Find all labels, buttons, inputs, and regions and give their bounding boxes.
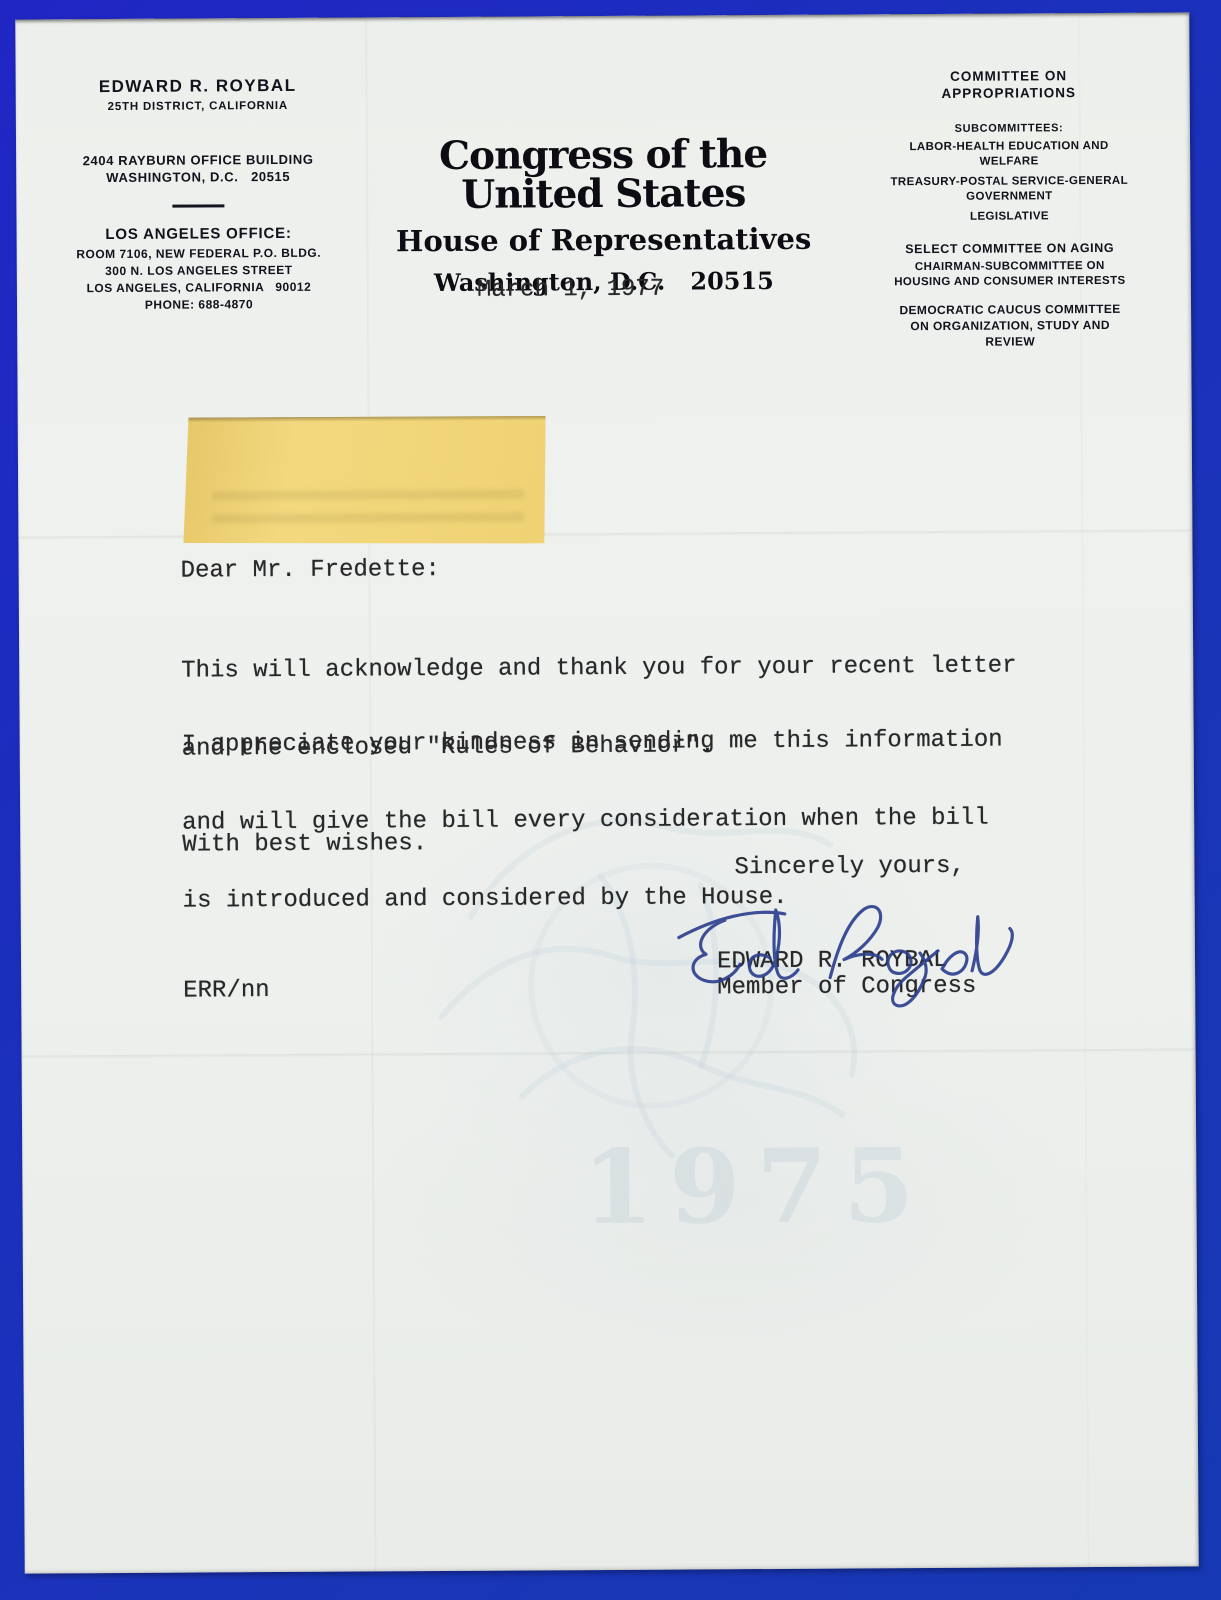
caucus-committee-name: DEMOCRATIC CAUCUS COMMITTEE ON ORGANIZAT… (885, 302, 1135, 350)
scanner-background: 1975 EDWARD R. ROYBAL 25TH DISTRICT, CAL… (0, 0, 1221, 1600)
redaction-tape (183, 415, 547, 545)
member-name: EDWARD R. ROYBAL (73, 76, 323, 98)
subcommittee-item: TREASURY-POSTAL SERVICE-GENERAL GOVERNME… (884, 173, 1134, 204)
typist-initials: ERR/nn (183, 978, 270, 1005)
subcommittees-label: SUBCOMMITTEES: (884, 122, 1134, 136)
year-watermark: 1975 (582, 1126, 931, 1248)
letter-date: March 1, 1977 (477, 277, 664, 304)
letterhead-committee-block: COMMITTEE ON APPROPRIATIONS SUBCOMMITTEE… (884, 68, 1136, 351)
select-committee-name: SELECT COMMITTEE ON AGING (885, 241, 1135, 257)
body-paragraph: With best wishes. (182, 779, 428, 910)
la-office-title: LOS ANGELES OFFICE: (74, 224, 324, 243)
subcommittee-item: LABOR-HEALTH EDUCATION AND WELFARE (884, 139, 1134, 170)
body-line: With best wishes. (182, 831, 427, 858)
la-office-phone: PHONE: 688-4870 (74, 296, 324, 312)
letterhead-title-block: Congress of the United States House of R… (371, 135, 836, 298)
handwritten-signature (670, 871, 1023, 1015)
letter-page: 1975 EDWARD R. ROYBAL 25TH DISTRICT, CAL… (15, 12, 1198, 1573)
dc-office-address-line: 2404 RAYBURN OFFICE BUILDING (73, 152, 323, 169)
redacted-text-ghost (212, 490, 524, 501)
subcommittee-item: LEGISLATIVE (884, 208, 1134, 224)
body-line: I appreciate your kindness in sending me… (182, 728, 1003, 759)
letterhead-member-block: EDWARD R. ROYBAL 25TH DISTRICT, CALIFORN… (73, 76, 324, 312)
congress-title: Congress of the United States (371, 135, 835, 216)
committee-name: COMMITTEE ON APPROPRIATIONS (884, 68, 1134, 103)
house-subtitle: House of Representatives (372, 222, 836, 259)
letterhead-divider-rule (172, 204, 224, 207)
salutation: Dear Mr. Fredette: (181, 557, 440, 585)
member-district: 25TH DISTRICT, CALIFORNIA (73, 100, 323, 114)
select-committee-role: CHAIRMAN-SUBCOMMITTEE ON HOUSING AND CON… (885, 259, 1135, 290)
la-office-address-line: LOS ANGELES, CALIFORNIA 90012 (74, 279, 324, 295)
la-office-address-line: 300 N. LOS ANGELES STREET (74, 262, 324, 278)
dc-office-address-line: WASHINGTON, D.C. 20515 (73, 169, 323, 186)
redacted-text-ghost (212, 513, 524, 524)
la-office-address-line: ROOM 7106, NEW FEDERAL P.O. BLDG. (74, 245, 324, 261)
